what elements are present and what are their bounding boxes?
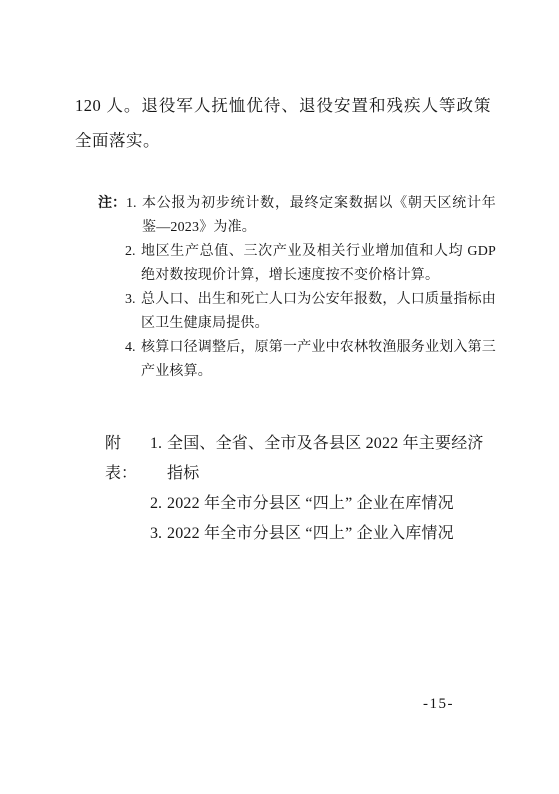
note-text: 本公报为初步统计数，最终定案数据以《朝天区统计年鉴—2023》为准。 — [142, 192, 496, 240]
appendix-section: 附表： 1. 全国、全省、全市及各县区 2022 年主要经济指标 2. 2022… — [105, 429, 497, 549]
appendix-item: 3. 2022 年全市分县区 “四上” 企业入库情况 — [150, 519, 497, 549]
note-number: 3. — [125, 288, 141, 312]
note-text: 核算口径调整后，原第一产业中农林牧渔服务业划入第三产业核算。 — [141, 336, 496, 384]
appendix-number: 3. — [150, 519, 167, 549]
appendix-item: 附表： 1. 全国、全省、全市及各县区 2022 年主要经济指标 — [105, 429, 497, 489]
note-number: 2. — [125, 240, 141, 264]
appendix-label: 附表： — [105, 429, 150, 489]
notes-label: 注： — [98, 192, 126, 216]
appendix-number: 2. — [150, 489, 167, 519]
appendix-text: 全国、全省、全市及各县区 2022 年主要经济指标 — [167, 429, 497, 489]
notes-section: 注： 1. 本公报为初步统计数，最终定案数据以《朝天区统计年鉴—2023》为准。… — [98, 192, 496, 384]
page-number: -15- — [423, 696, 454, 713]
appendix-text: 2022 年全市分县区 “四上” 企业在库情况 — [167, 489, 497, 519]
note-item: 2. 地区生产总值、三次产业及相关行业增加值和人均 GDP 绝对数按现价计算，增… — [125, 240, 496, 288]
document-page: 120 人。退役军人抚恤优待、退役安置和残疾人等政策全面落实。 注： 1. 本公… — [0, 0, 559, 794]
note-number: 4. — [125, 336, 141, 360]
note-number: 1. — [126, 192, 142, 216]
note-text: 地区生产总值、三次产业及相关行业增加值和人均 GDP 绝对数按现价计算，增长速度… — [141, 240, 496, 288]
appendix-text: 2022 年全市分县区 “四上” 企业入库情况 — [167, 519, 497, 549]
note-item: 注： 1. 本公报为初步统计数，最终定案数据以《朝天区统计年鉴—2023》为准。 — [98, 192, 496, 240]
appendix-number: 1. — [150, 429, 167, 459]
appendix-item: 2. 2022 年全市分县区 “四上” 企业在库情况 — [150, 489, 497, 519]
note-text: 总人口、出生和死亡人口为公安年报数，人口质量指标由区卫生健康局提供。 — [141, 288, 496, 336]
body-paragraph: 120 人。退役军人抚恤优待、退役安置和残疾人等政策全面落实。 — [75, 88, 491, 158]
note-item: 4. 核算口径调整后，原第一产业中农林牧渔服务业划入第三产业核算。 — [125, 336, 496, 384]
note-item: 3. 总人口、出生和死亡人口为公安年报数，人口质量指标由区卫生健康局提供。 — [125, 288, 496, 336]
